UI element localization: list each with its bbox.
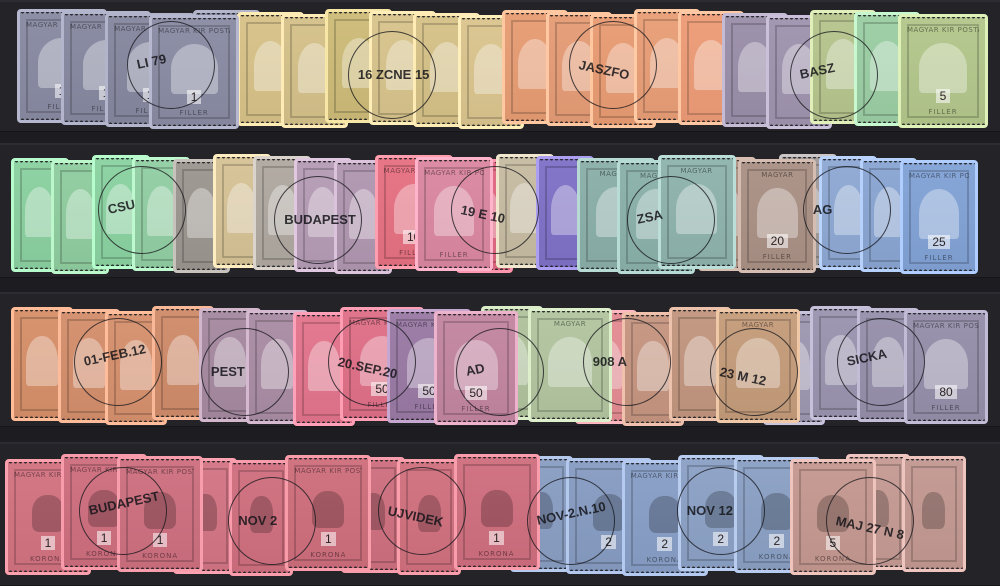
turul-bird-icon: [606, 43, 640, 93]
turul-bird-icon: [551, 185, 580, 235]
turul-bird-icon: [548, 337, 592, 387]
stamp-currency: FILLÉR: [747, 253, 807, 261]
turul-bird-icon: [261, 339, 292, 389]
turul-bird-icon: [694, 40, 728, 90]
turul-bird-icon: [66, 189, 95, 239]
king-portrait-icon: [761, 493, 793, 530]
king-portrait-icon: [88, 490, 120, 527]
turul-bird-icon: [826, 39, 860, 89]
king-portrait-icon: [418, 495, 441, 532]
stamp: 50FILLÉR: [437, 314, 515, 422]
turul-bird-icon: [874, 187, 903, 237]
stamp-header: MAGYAR: [747, 171, 807, 179]
turul-bird-icon: [650, 38, 684, 88]
stamp: MAGYAR: [719, 312, 797, 420]
turul-bird-icon: [298, 43, 332, 93]
stamp: MAGYAR: [661, 158, 733, 266]
stamp-currency: FILLÉR: [424, 251, 484, 259]
turul-bird-icon: [434, 186, 474, 236]
turul-bird-icon: [25, 187, 54, 237]
turul-bird-icon: [518, 39, 552, 89]
stamp: 1KORONA: [457, 457, 537, 567]
turul-bird-icon: [738, 42, 772, 92]
stamp-currency: KORONA: [799, 555, 867, 563]
turul-bird-icon: [308, 341, 339, 391]
stockcard: MAGYAR KIR POSTA1FILLÉRMAGYAR KIR POSTA1…: [0, 0, 1000, 586]
stamp: 5KORONA: [793, 462, 873, 572]
king-portrait-icon: [817, 495, 849, 532]
stamp: [232, 463, 290, 573]
turul-bird-icon: [308, 187, 337, 237]
stamp-currency: FILLÉR: [913, 404, 979, 412]
turul-bird-icon: [73, 338, 104, 388]
stamp-currency: KORONA: [294, 551, 362, 559]
turul-bird-icon: [120, 340, 151, 390]
stamp: MAGYAR KIR POSTAFILLÉR: [418, 160, 490, 268]
king-portrait-icon: [481, 490, 513, 527]
turul-bird-icon: [171, 44, 218, 94]
stamp-value: 20: [741, 234, 813, 248]
turul-bird-icon: [430, 42, 464, 92]
stamp-header: MAGYAR: [725, 321, 791, 329]
stamp-currency: KORONA: [463, 550, 531, 558]
turul-bird-icon: [349, 189, 378, 239]
stamp-value: 1: [152, 90, 236, 104]
stamp: MAGYAR KIR POSTA5FILLÉR: [901, 17, 985, 125]
king-portrait-icon: [593, 494, 625, 531]
stamp: MAGYAR KIR POSTA1KORONA: [288, 458, 368, 568]
turul-bird-icon: [454, 340, 498, 390]
turul-bird-icon: [676, 184, 716, 234]
king-portrait-icon: [649, 496, 681, 533]
stamp: MAGYAR KIR POSTA80FILLÉR: [907, 313, 985, 421]
stamp-value: 5: [901, 89, 985, 103]
stamp-currency: KORONA: [126, 552, 194, 560]
turul-bird-icon: [386, 40, 420, 90]
turul-bird-icon: [510, 183, 539, 233]
turul-bird-icon: [637, 341, 668, 391]
turul-bird-icon: [167, 335, 198, 385]
king-portrait-icon: [705, 491, 737, 528]
stamp: [905, 459, 963, 569]
turul-bird-icon: [187, 188, 216, 238]
turul-bird-icon: [870, 41, 904, 91]
stamp-value: 1: [120, 533, 200, 547]
king-portrait-icon: [32, 495, 64, 532]
turul-bird-icon: [342, 38, 376, 88]
turul-bird-icon: [834, 185, 863, 235]
turul-bird-icon: [684, 336, 715, 386]
king-portrait-icon: [922, 492, 945, 529]
king-portrait-icon: [144, 492, 176, 529]
turul-bird-icon: [825, 335, 856, 385]
stamp-currency: FILLÉR: [443, 405, 509, 413]
stamp-value: 1: [288, 532, 368, 546]
stamp: MAGYAR20FILLÉR: [741, 162, 813, 270]
stamp: [400, 462, 458, 572]
stamp-header: MAGYAR KIR POSTA: [158, 27, 230, 35]
king-portrait-icon: [312, 491, 344, 528]
turul-bird-icon: [924, 339, 968, 389]
stamp-header: MAGYAR: [667, 167, 727, 175]
turul-bird-icon: [474, 44, 508, 94]
turul-bird-icon: [227, 183, 256, 233]
turul-bird-icon: [919, 189, 959, 239]
stamp-value: 25: [903, 235, 975, 249]
stamp-header: MAGYAR KIR POSTA: [424, 169, 484, 177]
turul-bird-icon: [872, 337, 903, 387]
stamp-header: MAGYAR KIR POSTA: [913, 322, 979, 330]
stamp: MAGYAR KIR POSTA1FILLÉR: [152, 18, 236, 126]
stamp-currency: FILLÉR: [158, 109, 230, 117]
turul-bird-icon: [919, 43, 966, 93]
stamp-header: MAGYAR KIR POSTA: [909, 172, 969, 180]
stamp-currency: FILLÉR: [909, 254, 969, 262]
stamp-currency: FILLÉR: [907, 108, 979, 116]
turul-bird-icon: [26, 336, 57, 386]
turul-bird-icon: [562, 41, 596, 91]
turul-bird-icon: [757, 188, 797, 238]
turul-bird-icon: [736, 338, 780, 388]
turul-bird-icon: [214, 337, 245, 387]
stamp: MAGYAR KIR POSTA25FILLÉR: [903, 163, 975, 271]
stamp-header: MAGYAR KIR POSTA: [907, 26, 979, 34]
stamp: MAGYAR: [531, 311, 609, 419]
stamp-value: 50: [437, 386, 515, 400]
turul-bird-icon: [106, 184, 135, 234]
king-portrait-icon: [250, 496, 273, 533]
stamp-value: 5: [793, 536, 873, 550]
turul-bird-icon: [147, 186, 176, 236]
stamp-header: MAGYAR: [537, 320, 603, 328]
turul-bird-icon: [782, 44, 816, 94]
stamp-value: 80: [907, 385, 985, 399]
stamp-value: 1: [457, 531, 537, 545]
turul-bird-icon: [254, 41, 288, 91]
stamp-header: MAGYAR KIR POSTA: [126, 468, 194, 476]
stamp: MAGYAR KIR POSTA1KORONA: [120, 459, 200, 569]
stamp-header: MAGYAR KIR POSTA: [294, 467, 362, 475]
turul-bird-icon: [268, 185, 297, 235]
